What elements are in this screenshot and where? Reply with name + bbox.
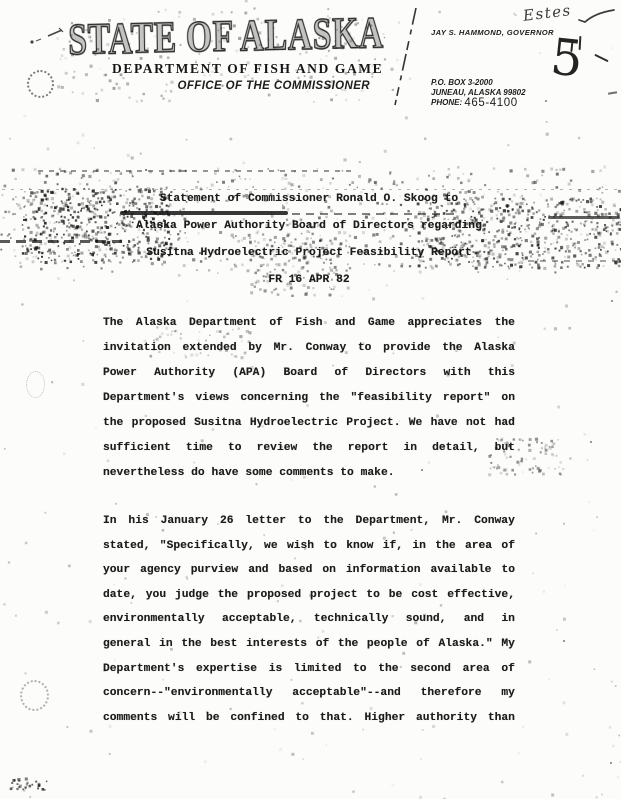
body-line: InhisJanuary26lettertotheDepartment,Mr.C… <box>103 509 515 534</box>
hole-punch-mark <box>27 70 54 98</box>
body-paragraph-2: InhisJanuary26lettertotheDepartment,Mr.C… <box>103 509 515 730</box>
scan-streak <box>548 216 620 219</box>
state-of-alaska-logo: STATE OF ALASKA <box>68 7 384 65</box>
office-name: OFFICE OF THE COMMISSIONER <box>112 80 370 92</box>
body-line: date,youjudgetheproposedprojecttobecoste… <box>103 583 515 608</box>
noise-patch <box>0 0 1 1</box>
body-paragraph-1: TheAlaskaDepartmentofFishandGameapprecia… <box>103 311 515 486</box>
scan-speck <box>611 300 613 302</box>
scan-streak <box>528 260 618 262</box>
address-block: P.O. BOX 3-2000 JUNEAU, ALASKA 99802 PHO… <box>431 78 526 108</box>
title-line: Alaska Power Authority Board of Director… <box>103 213 515 240</box>
body-line: youragencypurviewandbasedoninformationav… <box>103 558 515 583</box>
letterhead-slash-divider <box>390 5 422 109</box>
scan-speck <box>590 441 592 443</box>
handwritten-stroke <box>594 54 608 62</box>
scan-speck <box>545 100 547 102</box>
governor-name: JAY S. HAMMOND, GOVERNOR <box>431 28 554 37</box>
handwritten-checkmark-icon <box>577 7 617 25</box>
hole-punch-mark <box>26 371 45 398</box>
handwritten-numeral: 5 <box>548 31 585 84</box>
body-line: stated,"Specifically,wewishtoknowif,inth… <box>103 534 515 559</box>
scan-streak <box>38 170 353 172</box>
phone-number: 465-4100 <box>464 97 517 109</box>
body-line: commentswillbeconfinedtothat.Higherautho… <box>103 706 515 731</box>
statement-title-block: Statement of Commissioner Ronald O. Skoo… <box>103 186 515 294</box>
body-line: environmentallyacceptable,technicallysou… <box>103 607 515 632</box>
phone-line: PHONE: 465-4100 <box>431 98 526 108</box>
noise-patch <box>10 778 11 779</box>
scanned-letter-page: STATE OF ALASKA DEPARTMENT OF FISH AND G… <box>0 0 621 799</box>
noise-patch <box>58 8 59 9</box>
department-name: DEPARTMENT OF FISH AND GAME <box>112 61 370 77</box>
body-line: PowerAuthority(APA)BoardofDirectorswitht… <box>103 361 515 386</box>
stray-pen-dash <box>608 91 617 94</box>
body-line: nevertheless do have some comments to ma… <box>103 461 515 486</box>
address-line-1: P.O. BOX 3-2000 <box>431 78 526 88</box>
title-line: Susitna Hydroelectric Project Feasibilit… <box>103 240 515 267</box>
body-line: invitationextendedbyMr.Conwaytoprovideth… <box>103 336 515 361</box>
body-line: Department'sviewsconcerningthe"feasibili… <box>103 386 515 411</box>
body-line: concern--"environmentallyacceptable"--an… <box>103 681 515 706</box>
body-line: TheAlaskaDepartmentofFishandGameapprecia… <box>103 311 515 336</box>
body-line: generalinthebestinterestsofthepeopleofAl… <box>103 632 515 657</box>
date-stamp: FR 16 APR 82 <box>103 267 515 294</box>
body-line: sufficienttimetoreviewthereportindetail,… <box>103 436 515 461</box>
handwritten-name: Estes <box>522 1 573 25</box>
body-line: theproposedSusitnaHydroelectricProject.W… <box>103 411 515 436</box>
scan-speck <box>610 762 612 764</box>
noise-patch <box>22 188 23 189</box>
hole-punch-mark <box>20 680 49 711</box>
noise-patch <box>0 168 1 169</box>
phone-label: PHONE: <box>431 98 462 107</box>
stray-pencil-marks <box>26 24 70 50</box>
scan-speck <box>563 640 565 642</box>
body-line: Department'sexpertiseislimitedtothesecon… <box>103 657 515 682</box>
title-line: Statement of Commissioner Ronald O. Skoo… <box>103 186 515 213</box>
